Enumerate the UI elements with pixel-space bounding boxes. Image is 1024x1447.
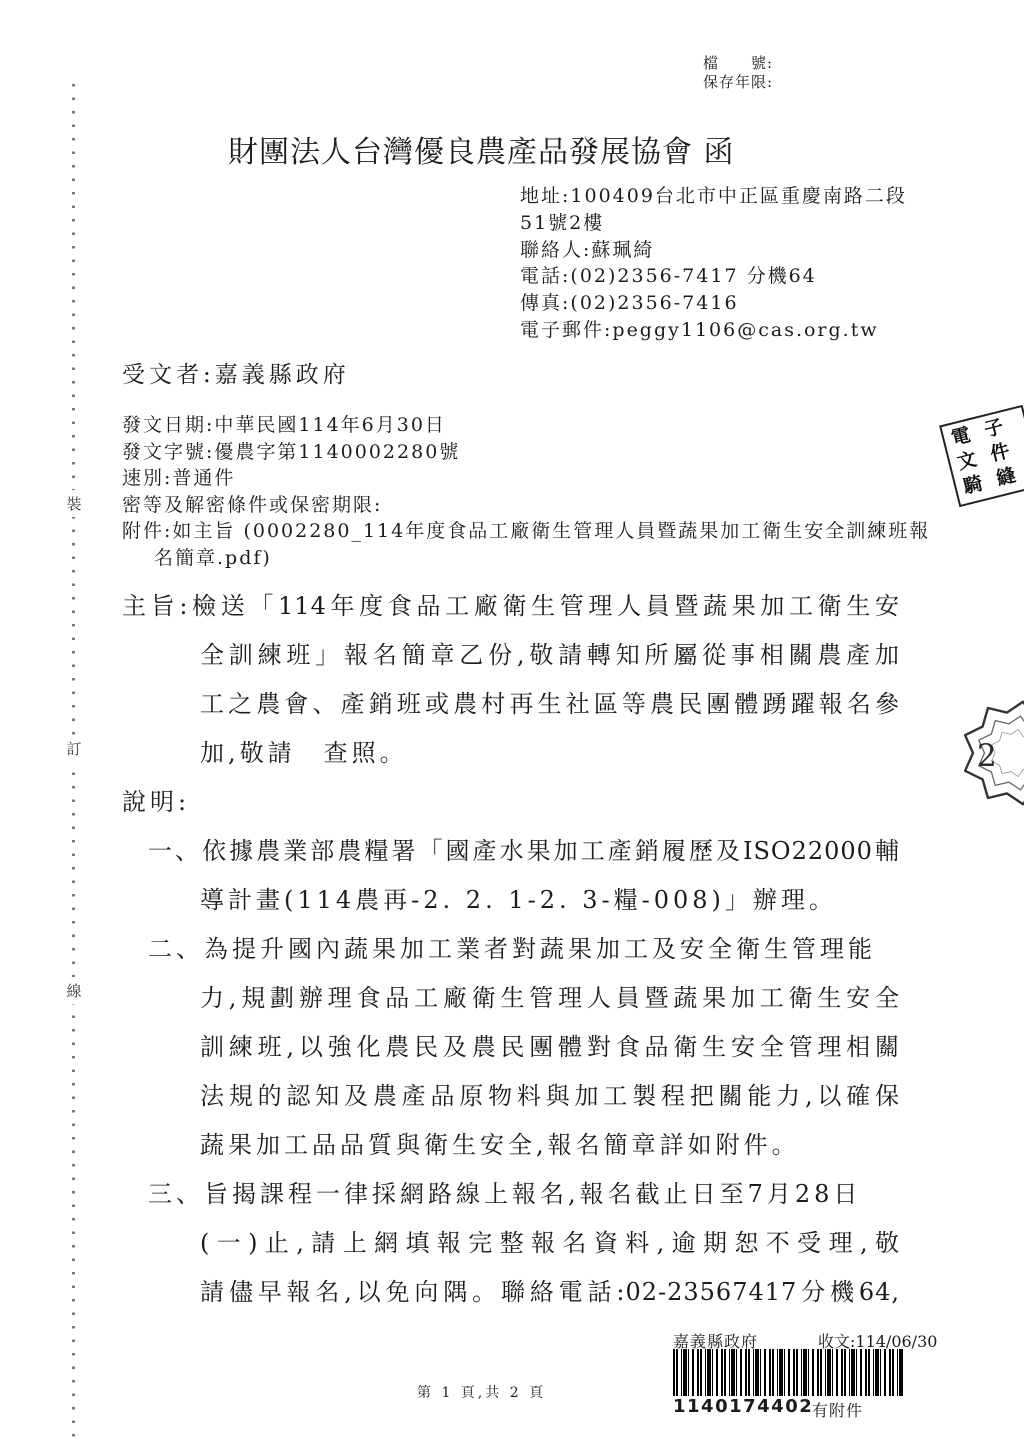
explanation-item3-line2: (一)止,請上網填報完整報名資料,逾期恕不受理,敬	[200, 1219, 900, 1268]
margin-mark-ding: 訂	[58, 735, 90, 762]
subject-line-1: 主旨:檢送「114年度食品工廠衛生管理人員暨蔬果加工衛生安	[122, 582, 900, 631]
subject-line-2: 全訓練班」報名簡章乙份,敬請轉知所屬從事相關農產加	[200, 631, 900, 680]
doc-date-line: 發文日期:中華民國114年6月30日	[122, 412, 930, 439]
doc-speed-line: 速別:普通件	[122, 465, 930, 492]
margin-mark-zhuang: 裝	[58, 490, 90, 517]
flower-page-seal: 2	[944, 698, 1024, 813]
explanation-item3-line3: 請儘早報名,以免向隅。聯絡電話:02-23567417分機64,	[200, 1268, 900, 1317]
sender-info-block: 地址:100409台北市中正區重慶南路二段 51號2樓 聯絡人:蘇珮綺 電話:(…	[520, 183, 907, 344]
doc-number-line: 發文字號:優農字第1140002280號	[122, 439, 930, 466]
barcode	[673, 1349, 903, 1396]
explanation-item2-line3: 訓練班,以強化農民及農民團體對食品衛生安全管理相關	[200, 1023, 900, 1072]
official-letter-page: 裝 訂 線 檔 號: 保存年限: 財團法人台灣優良農產品發展協會 函 地址:10…	[0, 0, 1024, 1447]
sender-address-line1: 地址:100409台北市中正區重慶南路二段	[520, 183, 907, 210]
explanation-item2-line1: 二、為提升國內蔬果加工業者對蔬果加工及安全衛生管理能	[148, 925, 900, 974]
electronic-exchange-stamp: 電子 文件 騎縫	[939, 405, 1024, 507]
explanation-item3-line1: 三、旨揭課程一律採網路線上報名,報名截止日至7月28日	[148, 1170, 900, 1219]
file-no-label: 檔 號:	[703, 54, 773, 73]
explanation-item2-line5: 蔬果加工品品質與衛生安全,報名簡章詳如附件。	[200, 1121, 900, 1170]
doc-security-line: 密等及解密條件或保密期限:	[122, 492, 930, 519]
subject-line-3: 工之農會、產銷班或農村再生社區等農民團體踴躍報名參	[200, 680, 900, 729]
document-title: 財團法人台灣優良農產品發展協會 函	[228, 127, 735, 171]
explanation-item1-line1: 一、依據農業部農糧署「國產水果加工產銷履歷及ISO22000輔	[148, 827, 900, 876]
sender-email: 電子郵件:peggy1106@cas.org.tw	[520, 317, 907, 344]
flower-seal-icon: 2	[944, 698, 1024, 813]
page-seal-number: 2	[977, 738, 997, 774]
binding-dotted-line	[72, 84, 75, 1442]
barcode-number: 1140174402	[673, 1396, 813, 1417]
doc-attachment-line1: 附件:如主旨 (0002280_114年度食品工廠衛生管理人員暨蔬果加工衛生安全…	[122, 518, 930, 545]
doc-info-block: 發文日期:中華民國114年6月30日 發文字號:優農字第1140002280號 …	[122, 412, 930, 571]
doc-attachment-line2: 名簡章.pdf)	[154, 545, 930, 572]
attachment-note: 有附件	[812, 1398, 863, 1421]
sender-contact: 聯絡人:蘇珮綺	[520, 237, 907, 264]
explanation-item2-line2: 力,規劃辦理食品工廠衛生管理人員暨蔬果加工衛生安全	[200, 974, 900, 1023]
retention-label: 保存年限:	[703, 73, 773, 92]
file-info-block: 檔 號: 保存年限:	[703, 54, 773, 92]
margin-mark-xian: 線	[58, 977, 90, 1004]
sender-fax: 傳真:(02)2356-7416	[520, 290, 907, 317]
page-number-info: 第 1 頁,共 2 頁	[417, 1382, 546, 1402]
recipient-line: 受文者:嘉義縣政府	[122, 356, 350, 389]
explanation-label: 說明:	[122, 778, 900, 827]
explanation-item2-line4: 法規的認知及農產品原物料與加工製程把關能力,以確保	[200, 1072, 900, 1121]
letter-body: 主旨:檢送「114年度食品工廠衛生管理人員暨蔬果加工衛生安 全訓練班」報名簡章乙…	[122, 582, 900, 1317]
sender-address-line2: 51號2樓	[520, 210, 907, 237]
subject-line-4: 加,敬請 查照。	[200, 729, 900, 778]
sender-phone: 電話:(02)2356-7417 分機64	[520, 263, 907, 290]
explanation-item1-line2: 導計畫(114農再-2. 2. 1-2. 3-糧-008)」辦理。	[200, 876, 900, 925]
